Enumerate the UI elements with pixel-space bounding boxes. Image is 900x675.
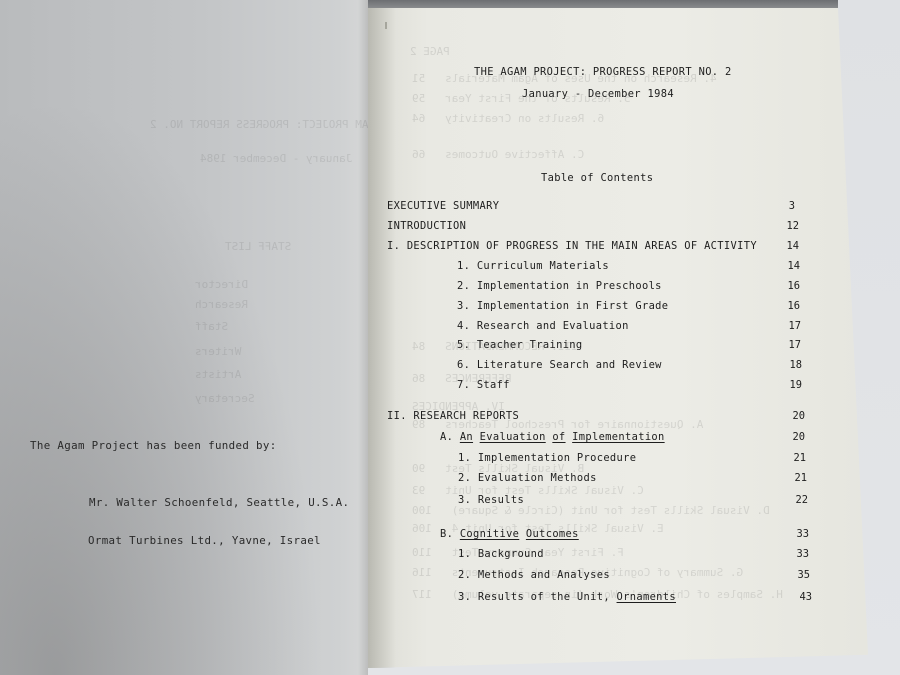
bleed-through-line: PAGE 2	[410, 45, 450, 58]
bleed-through-line: STAFF LIST	[225, 240, 291, 253]
left-page: THE AGAM PROJECT: PROGRESS REPORT NO. 2 …	[0, 0, 368, 675]
bleed-through-line: 6. Results on Creativity 64	[412, 112, 604, 125]
toc-page-number: 17	[771, 320, 801, 332]
toc-entry-underlined-word: Cognitive	[460, 528, 519, 540]
toc-entry: B. Cognitive Outcomes	[440, 528, 579, 540]
funder-item: Ormat Turbines Ltd., Yavne, Israel	[88, 534, 321, 547]
report-title: THE AGAM PROJECT: PROGRESS REPORT NO. 2	[474, 66, 732, 78]
toc-entry: I. DESCRIPTION OF PROGRESS IN THE MAIN A…	[387, 240, 757, 252]
toc-page-number: 33	[779, 528, 809, 540]
bleed-through-line: Staff	[195, 320, 228, 333]
toc-entry: A. An Evaluation of Implementation	[440, 431, 665, 443]
toc-page-number: 20	[775, 410, 805, 422]
toc-entry: 5. Teacher Training	[457, 339, 583, 351]
toc-page-number: 22	[778, 494, 808, 506]
toc-page-number: 33	[779, 548, 809, 560]
page-gutter-shadow	[368, 8, 396, 668]
toc-entry: 6. Literature Search and Review	[457, 359, 662, 371]
page-top-edge	[368, 0, 838, 9]
toc-entry: 3. Results of the Unit, Ornaments	[458, 591, 676, 603]
bleed-through-line: Writers	[195, 345, 241, 358]
toc-page-number: 21	[777, 472, 807, 484]
toc-page-number: 12	[769, 220, 799, 232]
toc-entry: 2. Evaluation Methods	[458, 472, 597, 484]
bleed-through-line: C. Visual Skills Test for Unit 93	[412, 484, 644, 497]
toc-entry-underlined-word: of	[552, 431, 565, 443]
bleed-through-line: Research	[195, 298, 248, 311]
toc-page-number: 14	[769, 240, 799, 252]
toc-page-number: 20	[775, 431, 805, 443]
toc-entry: 3. Results	[458, 494, 524, 506]
funder-item: Mr. Walter Schoenfeld, Seattle, U.S.A.	[89, 496, 349, 509]
toc-page-number: 35	[780, 569, 810, 581]
toc-entry: 2. Implementation in Preschools	[457, 280, 662, 292]
toc-entry-underlined-word: Implementation	[572, 431, 664, 443]
toc-page-number: 17	[771, 339, 801, 351]
toc-page-number: 16	[770, 280, 800, 292]
toc-page-number: 16	[770, 300, 800, 312]
bleed-through-line: Director	[195, 278, 248, 291]
toc-page-number: 18	[772, 359, 802, 371]
toc-entry-prefix: 3. Results of the Unit,	[458, 591, 617, 603]
bleed-through-line: January - December 1984	[200, 152, 352, 165]
toc-entry-prefix: B.	[440, 528, 460, 540]
toc-entry: 1. Background	[458, 548, 544, 560]
toc-page-number: 19	[772, 379, 802, 391]
toc-entry: 1. Curriculum Materials	[457, 260, 609, 272]
toc-entry: 3. Implementation in First Grade	[457, 300, 668, 312]
page-mark	[385, 22, 387, 29]
toc-page-number: 14	[770, 260, 800, 272]
toc-entry-underlined-word: Evaluation	[480, 431, 546, 443]
toc-entry: INTRODUCTION	[387, 220, 466, 232]
toc-page-number: 43	[782, 591, 812, 603]
toc-entry-underlined-word: Ornaments	[617, 591, 676, 603]
toc-page-number: 3	[765, 200, 795, 212]
toc-entry: 2. Methods and Analyses	[458, 569, 610, 581]
toc-entry: II. RESEARCH REPORTS	[387, 410, 519, 422]
toc-entry: 1. Implementation Procedure	[458, 452, 636, 464]
bleed-through-line: Artists	[195, 368, 241, 381]
toc-entry: 4. Research and Evaluation	[457, 320, 629, 332]
toc-page-number: 21	[776, 452, 806, 464]
toc-entry: EXECUTIVE SUMMARY	[387, 200, 499, 212]
toc-entry: 7. Staff	[457, 379, 510, 391]
toc-entry-underlined-word: An	[460, 431, 473, 443]
toc-entry-underlined-word: Outcomes	[526, 528, 579, 540]
toc-heading: Table of Contents	[541, 172, 653, 184]
report-subtitle: January - December 1984	[522, 88, 674, 100]
bleed-through-line: Secretary	[195, 392, 255, 405]
bleed-through-line: C. Affective Outcomes 66	[412, 148, 584, 161]
toc-entry-prefix: A.	[440, 431, 460, 443]
funding-heading: The Agam Project has been funded by:	[30, 439, 277, 452]
